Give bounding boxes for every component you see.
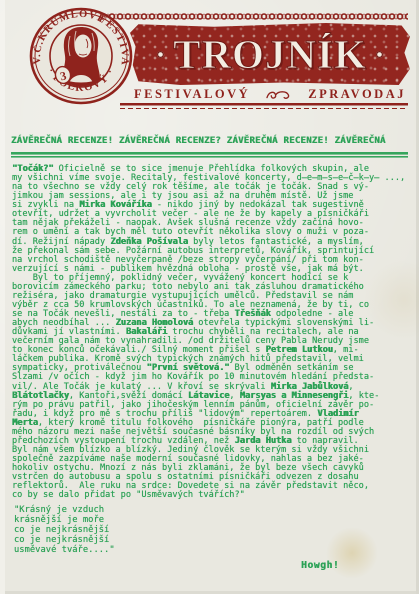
subtitle-zpravodaj: ZPRAVODAJ (308, 87, 406, 102)
article-text: "Točák?" Oficielně se to sice jmenuje Př… (12, 165, 414, 500)
title-dot-left-icon (157, 51, 164, 58)
chain-border-ornament (92, 12, 408, 21)
newsletter-page: TROJNÍK FESTIVALOVÝ ZPRAVODAJ V.Č.KRUMLO… (0, 0, 419, 594)
headline-rule (11, 152, 408, 158)
masthead-rule (120, 103, 408, 109)
masthead-subtitle: FESTIVALOVÝ ZPRAVODAJ (134, 87, 406, 102)
signoff: Howgh! (301, 560, 339, 571)
masthead-title: TROJNÍK (173, 34, 367, 75)
recenze-headline: ZÁVĚREČNÁ RECENZE! ZÁVĚREČNÁ RECENZE? ZÁ… (11, 136, 411, 146)
subtitle-festivalovy: FESTIVALOVÝ (134, 87, 250, 102)
title-dot-right-icon (376, 51, 383, 58)
festival-emblem: V.Č.KRUMLOVĚ FESTIVAL · FOLKOVÝ · 3 (26, 6, 136, 106)
masthead-band: TROJNÍK (130, 23, 410, 85)
poem-text: "Krásný je vzduch krásnější je moře co j… (14, 505, 254, 555)
swirl-ornament-icon (266, 89, 292, 101)
